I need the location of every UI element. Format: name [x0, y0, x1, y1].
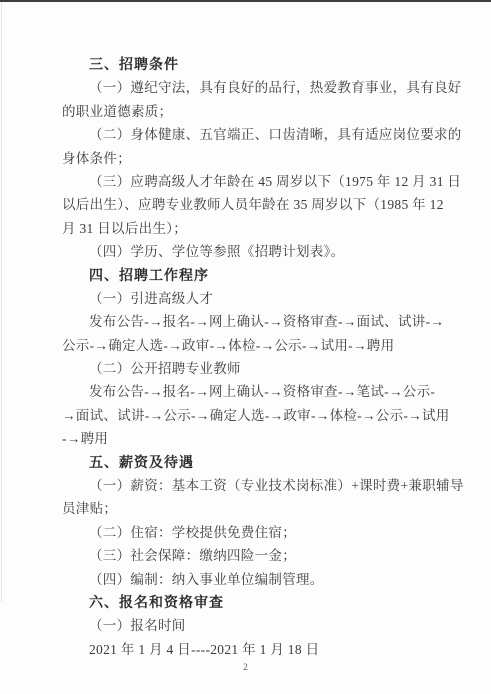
section-heading-salary-benefits: 五、薪资及待遇 [62, 451, 462, 474]
section-heading-recruit-procedure: 四、招聘工作程序 [62, 264, 462, 287]
document-line: （四）编制：纳入事业单位编制管理。 [62, 568, 462, 591]
document-line: （三）社会保障：缴纳四险一金； [62, 544, 462, 567]
document-line: 以后出生）、应聘专业教师人员年龄在 35 周岁以下（1985 年 12 [62, 193, 462, 216]
document-line: （一）报名时间 [62, 614, 462, 637]
page-number: 2 [0, 662, 491, 672]
document-line: 月 31 日以后出生）； [62, 217, 462, 240]
document-line: （一）遵纪守法，具有良好的品行，热爱教育事业，具有良好 [62, 76, 462, 99]
document-line: （三）应聘高级人才年龄在 45 周岁以下（1975 年 12 月 31 日 [62, 170, 462, 193]
document-line-flow: →面试、试讲-→公示-→确定人选-→政审-→体检-→公示-→试用 [62, 404, 462, 427]
document-line: （二）身体健康、五官端正、口齿清晰，具有适应岗位要求的 [62, 123, 462, 146]
document-line: 身体条件； [62, 147, 462, 170]
document-line-flow: 发布公告-→报名-→网上确认-→资格审查-→面试、试讲-→ [62, 310, 462, 333]
document-line-flow: 发布公告-→报名-→网上确认-→资格审查-→笔试-→公示- [62, 380, 462, 403]
section-heading-recruit-conditions: 三、招聘条件 [62, 53, 462, 76]
section-heading-registration-review: 六、报名和资格审查 [62, 591, 462, 614]
document-body: 三、招聘条件 （一）遵纪守法，具有良好的品行，热爱教育事业，具有良好 的职业道德… [62, 53, 462, 661]
document-line: （二）公开招聘专业教师 [62, 357, 462, 380]
document-line: （一）引进高级人才 [62, 287, 462, 310]
document-line: （二）住宿：学校提供免费住宿； [62, 521, 462, 544]
scan-left-edge-line [1, 2, 2, 602]
scan-top-edge-line [0, 0, 491, 2]
document-line-flow: 公示-→确定人选-→政审-→体检-→公示-→试用-→聘用 [62, 334, 462, 357]
document-line: （四）学历、学位等参照《招聘计划表》。 [62, 240, 462, 263]
document-line-flow: -→聘用 [62, 427, 462, 450]
document-page: 三、招聘条件 （一）遵纪守法，具有良好的品行，热爱教育事业，具有良好 的职业道德… [0, 0, 491, 694]
document-line-date-range: 2021 年 1 月 4 日----2021 年 1 月 18 日 [62, 638, 462, 661]
document-line: （一）薪资：基本工资（专业技术岗标准）+课时费+兼职辅导 [62, 474, 462, 497]
document-line: 的职业道德素质； [62, 100, 462, 123]
document-line: 员津贴； [62, 497, 462, 520]
